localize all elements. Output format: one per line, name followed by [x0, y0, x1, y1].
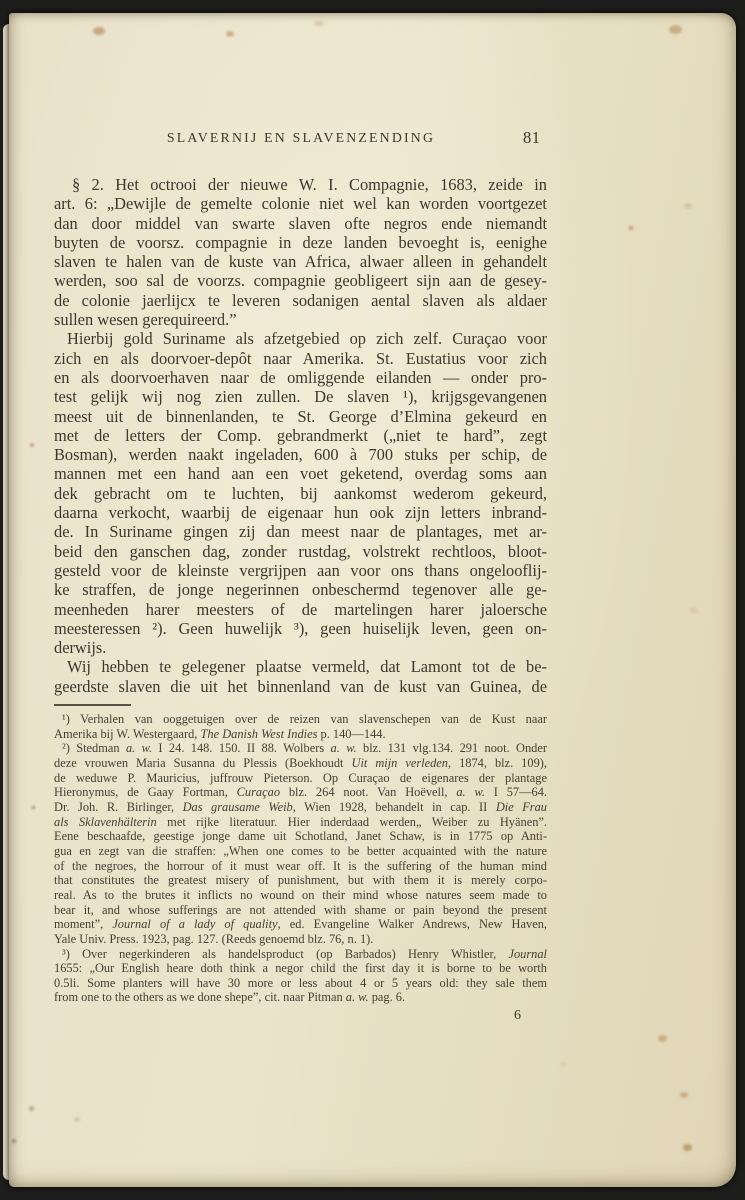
- text: bear it, and whose sufferings are not at…: [54, 903, 547, 917]
- text-line: Hierbij gold Suriname als afzetgebied op…: [54, 329, 547, 348]
- text: I 24. 148. 150. II 88. Wolbers: [152, 741, 330, 755]
- text-line: dek gebracht om te luchten, bij aankomst…: [54, 484, 547, 503]
- text-line: art. 6: „Dewijle de gemelte colonie niet…: [54, 194, 547, 213]
- text: dek gebracht om te luchten, bij aankomst…: [54, 484, 547, 503]
- foxing-spot: [74, 1117, 80, 1122]
- foxing-spot: [226, 31, 234, 37]
- text-line: real. As to the brutes it inflicts no wo…: [54, 888, 547, 903]
- text-line: zich en als doorvoer-depôt naar Amerika.…: [54, 349, 547, 368]
- text: geerdste slaven die uit het binnenland v…: [54, 677, 547, 696]
- text-line: bear it, and whose sufferings are not at…: [54, 903, 547, 918]
- foxing-spot: [684, 203, 692, 209]
- foxing-spot: [658, 1035, 667, 1042]
- text: Hieronymus, de Gaay Fortman,: [54, 785, 237, 799]
- text: Bosman), werden naakt ingeladen, 600 à 7…: [54, 445, 547, 464]
- text: meesteressen ²). Geen huwelijk ³), geen …: [54, 619, 547, 638]
- text: , ed. Evangeline Walker Andrews, New Hav…: [278, 917, 547, 931]
- text-line: test gelijk wij nog zien zullen. De slav…: [54, 387, 547, 406]
- text: met rijke literatuur. Hier inderdaad wer…: [157, 815, 547, 829]
- text-line: ¹) Verhalen van ooggetuigen over de reiz…: [54, 712, 547, 727]
- italic-text: a. w.: [126, 741, 152, 755]
- text-line: de colonie jaerlijcx te leveren sodanige…: [54, 291, 547, 310]
- italic-text: Uit mijn verleden: [352, 756, 449, 770]
- text-line: Dr. Joh. R. Birlinger, Das grausame Weib…: [54, 800, 547, 815]
- foxing-spot: [314, 21, 324, 26]
- foxing-spot: [93, 27, 105, 35]
- text: dan door middel van swarte slaven ofte n…: [54, 214, 547, 233]
- text: ¹) Verhalen van ooggetuigen over de reiz…: [62, 712, 547, 726]
- text: pag. 6.: [369, 990, 405, 1004]
- text-line: als Sklavenhälterin met rijke literatuur…: [54, 815, 547, 830]
- text-line: Eene beschaafde, geestige jonge dame uit…: [54, 829, 547, 844]
- footnote: ²) Stedman a. w. I 24. 148. 150. II 88. …: [54, 741, 547, 946]
- text: de weduwe P. Mauricius, juffrouw Pieters…: [54, 771, 547, 785]
- text-line: derwijs.: [54, 638, 547, 657]
- footnote-separator-rule: [54, 704, 131, 706]
- text: from one to the others as we done shepe”…: [54, 990, 346, 1004]
- text-line: gua en zegt van die straffen: „When one …: [54, 844, 547, 859]
- page-number: 81: [523, 128, 541, 148]
- text: mannen met een hand aan een voet geketen…: [54, 464, 547, 483]
- text: that constitutes the greatest misery of …: [54, 873, 547, 887]
- text: Dr. Joh. R. Birlinger,: [54, 800, 183, 814]
- footnote: ¹) Verhalen van ooggetuigen over de reiz…: [54, 712, 547, 741]
- text-line: en als doorvoerhaven naar de omliggende …: [54, 368, 547, 387]
- foxing-spot: [12, 1139, 16, 1143]
- paragraph: Wij hebben te gelegener plaatse vermeld,…: [54, 657, 547, 696]
- paragraph: § 2. Het octrooi der nieuwe W. I. Compag…: [54, 175, 547, 329]
- italic-text: Journal of a lady of quality: [112, 917, 277, 931]
- foxing-spot: [560, 1062, 567, 1067]
- text: I 57—64.: [485, 785, 547, 799]
- text-line: ²) Stedman a. w. I 24. 148. 150. II 88. …: [54, 741, 547, 756]
- text-line: Amerika bij W. Westergaard, The Danish W…: [54, 727, 547, 742]
- text: sullen wesen gerequireerd.”: [54, 310, 237, 329]
- foxing-spot: [689, 607, 698, 614]
- text: 0.5li. Some planters will have 30 more o…: [54, 976, 547, 990]
- text: de colonie jaerlijcx te leveren sodanige…: [54, 291, 547, 310]
- text: en als doorvoerhaven naar de omliggende …: [54, 368, 547, 387]
- text-line: dan door middel van swarte slaven ofte n…: [54, 214, 547, 233]
- text: met de letters der Comp. gebrandmerkt („…: [54, 426, 547, 445]
- text-line: ke straffen, de jonge negerinnen onbesch…: [54, 580, 547, 599]
- text: zich en als doorvoer-depôt naar Amerika.…: [54, 349, 547, 368]
- text: de. In Suriname gingen zij dan meest naa…: [54, 522, 547, 541]
- foxing-spot: [29, 1106, 34, 1111]
- text-line: Yale Univ. Press. 1923, pag. 127. (Reeds…: [54, 932, 547, 947]
- text-line: werden, soo sal de voorzs. compagnie geo…: [54, 271, 547, 290]
- text-line: 0.5li. Some planters will have 30 more o…: [54, 976, 547, 991]
- text: deze vrouwen Maria Susanna du Plessis (B…: [54, 756, 352, 770]
- text: ke straffen, de jonge negerinnen onbesch…: [54, 580, 547, 599]
- italic-text: Journal: [508, 947, 547, 961]
- text: of the negroes, the horrour of it must w…: [54, 859, 547, 873]
- text-line: Wij hebben te gelegener plaatse vermeld,…: [54, 657, 547, 676]
- text-line: meest uit de binnenlanden, te St. George…: [54, 407, 547, 426]
- text: p. 140—144.: [317, 727, 385, 741]
- text-line: met de letters der Comp. gebrandmerkt („…: [54, 426, 547, 445]
- text-line: geerdste slaven die uit het binnenland v…: [54, 677, 547, 696]
- text-line: de. In Suriname gingen zij dan meest naa…: [54, 522, 547, 541]
- italic-text: The Danish West Indies: [201, 727, 318, 741]
- italic-text: als Sklavenhälterin: [54, 815, 157, 829]
- text-line: mannen met een hand aan een voet geketen…: [54, 464, 547, 483]
- text: derwijs.: [54, 638, 106, 657]
- text: Hierbij gold Suriname als afzetgebied op…: [67, 329, 547, 348]
- text-line: Hieronymus, de Gaay Fortman, Curaçao blz…: [54, 785, 547, 800]
- text: ²) Stedman: [62, 741, 126, 755]
- text: Amerika bij W. Westergaard,: [54, 727, 201, 741]
- footnotes: ¹) Verhalen van ooggetuigen over de reiz…: [54, 712, 547, 1005]
- foxing-spot: [683, 1144, 692, 1151]
- text: werden, soo sal de voorzs. compagnie geo…: [54, 271, 547, 290]
- signature-number: 6: [514, 1008, 521, 1024]
- italic-text: a. w.: [456, 785, 485, 799]
- foxing-spot: [30, 443, 34, 447]
- text-line: Bosman), werden naakt ingeladen, 600 à 7…: [54, 445, 547, 464]
- text: daarna verkocht, waarbij de eigenaar hun…: [54, 503, 547, 522]
- text-line: daarna verkocht, waarbij de eigenaar hun…: [54, 503, 547, 522]
- text-line: deze vrouwen Maria Susanna du Plessis (B…: [54, 756, 547, 771]
- text: , 1874, blz. 109),: [448, 756, 547, 770]
- italic-text: a. w.: [346, 990, 369, 1004]
- text-line: meesteressen ²). Geen huwelijk ³), geen …: [54, 619, 547, 638]
- text: , Wien 1928, behandelt in cap. II: [293, 800, 496, 814]
- text: Eene beschaafde, geestige jonge dame uit…: [54, 829, 547, 843]
- text: meest uit de binnenlanden, te St. George…: [54, 407, 547, 426]
- text: Wij hebben te gelegener plaatse vermeld,…: [67, 657, 547, 676]
- text-line: of the negroes, the horrour of it must w…: [54, 859, 547, 874]
- text-line: § 2. Het octrooi der nieuwe W. I. Compag…: [54, 175, 547, 194]
- text-line: meenheden harer meesters of de marteling…: [54, 600, 547, 619]
- text: § 2. Het octrooi der nieuwe W. I. Compag…: [72, 175, 547, 194]
- text: gua en zegt van die straffen: „When one …: [54, 844, 547, 858]
- italic-text: a. w.: [331, 741, 357, 755]
- text-line: de weduwe P. Mauricius, juffrouw Pieters…: [54, 771, 547, 786]
- text: real. As to the brutes it inflicts no wo…: [54, 888, 547, 902]
- text: art. 6: „Dewijle de gemelte colonie niet…: [54, 194, 547, 213]
- text-line: moment”, Journal of a lady of quality, e…: [54, 917, 547, 932]
- text-line: sullen wesen gerequireerd.”: [54, 310, 547, 329]
- text: ³) Over negerkinderen als handelsproduct…: [62, 947, 508, 961]
- text-line: from one to the others as we done shepe”…: [54, 990, 547, 1005]
- text: slaven te halen van de kuste van Africa,…: [54, 252, 547, 271]
- text-line: beid den ganschen dag, zonder rustdag, v…: [54, 542, 547, 561]
- running-header-title: SLAVERNIJ EN SLAVENZENDING: [55, 130, 547, 146]
- text-line: 1655: „Our English heare doth think a ne…: [54, 961, 547, 976]
- text: beid den ganschen dag, zonder rustdag, v…: [54, 542, 547, 561]
- foxing-spot: [669, 25, 682, 34]
- body-text: § 2. Het octrooi der nieuwe W. I. Compag…: [54, 175, 547, 696]
- foxing-spot: [680, 1092, 688, 1098]
- text: Yale Univ. Press. 1923, pag. 127. (Reeds…: [54, 932, 373, 946]
- text: meenheden harer meesters of de marteling…: [54, 600, 547, 619]
- text: buyten de voorsz. compagnie in deze land…: [54, 233, 547, 252]
- text: blz. 131 vlg.134. 291 noot. Onder: [357, 741, 547, 755]
- text-line: gesteld voor de kleinste vergrijpen aan …: [54, 561, 547, 580]
- text-line: slaven te halen van de kuste van Africa,…: [54, 252, 547, 271]
- text-line: that constitutes the greatest misery of …: [54, 873, 547, 888]
- footnote: ³) Over negerkinderen als handelsproduct…: [54, 947, 547, 1006]
- paragraph: Hierbij gold Suriname als afzetgebied op…: [54, 329, 547, 657]
- italic-text: Die Frau: [496, 800, 547, 814]
- foxing-spot: [629, 226, 633, 230]
- scanned-book-photo: { "colors": { "surround": "#1d1d1b", "pa…: [0, 0, 745, 1200]
- text: 1655: „Our English heare doth think a ne…: [54, 961, 547, 975]
- book-page: SLAVERNIJ EN SLAVENZENDING 81 § 2. Het o…: [9, 13, 736, 1187]
- text: moment”,: [54, 917, 112, 931]
- text: blz. 264 noot. Van Hoëvell,: [280, 785, 456, 799]
- italic-text: Das grausame Weib: [183, 800, 293, 814]
- text-line: buyten de voorsz. compagnie in deze land…: [54, 233, 547, 252]
- text: test gelijk wij nog zien zullen. De slav…: [54, 387, 547, 406]
- foxing-spot: [32, 806, 35, 809]
- text-line: ³) Over negerkinderen als handelsproduct…: [54, 947, 547, 962]
- text: gesteld voor de kleinste vergrijpen aan …: [54, 561, 547, 580]
- italic-text: Curaçao: [237, 785, 280, 799]
